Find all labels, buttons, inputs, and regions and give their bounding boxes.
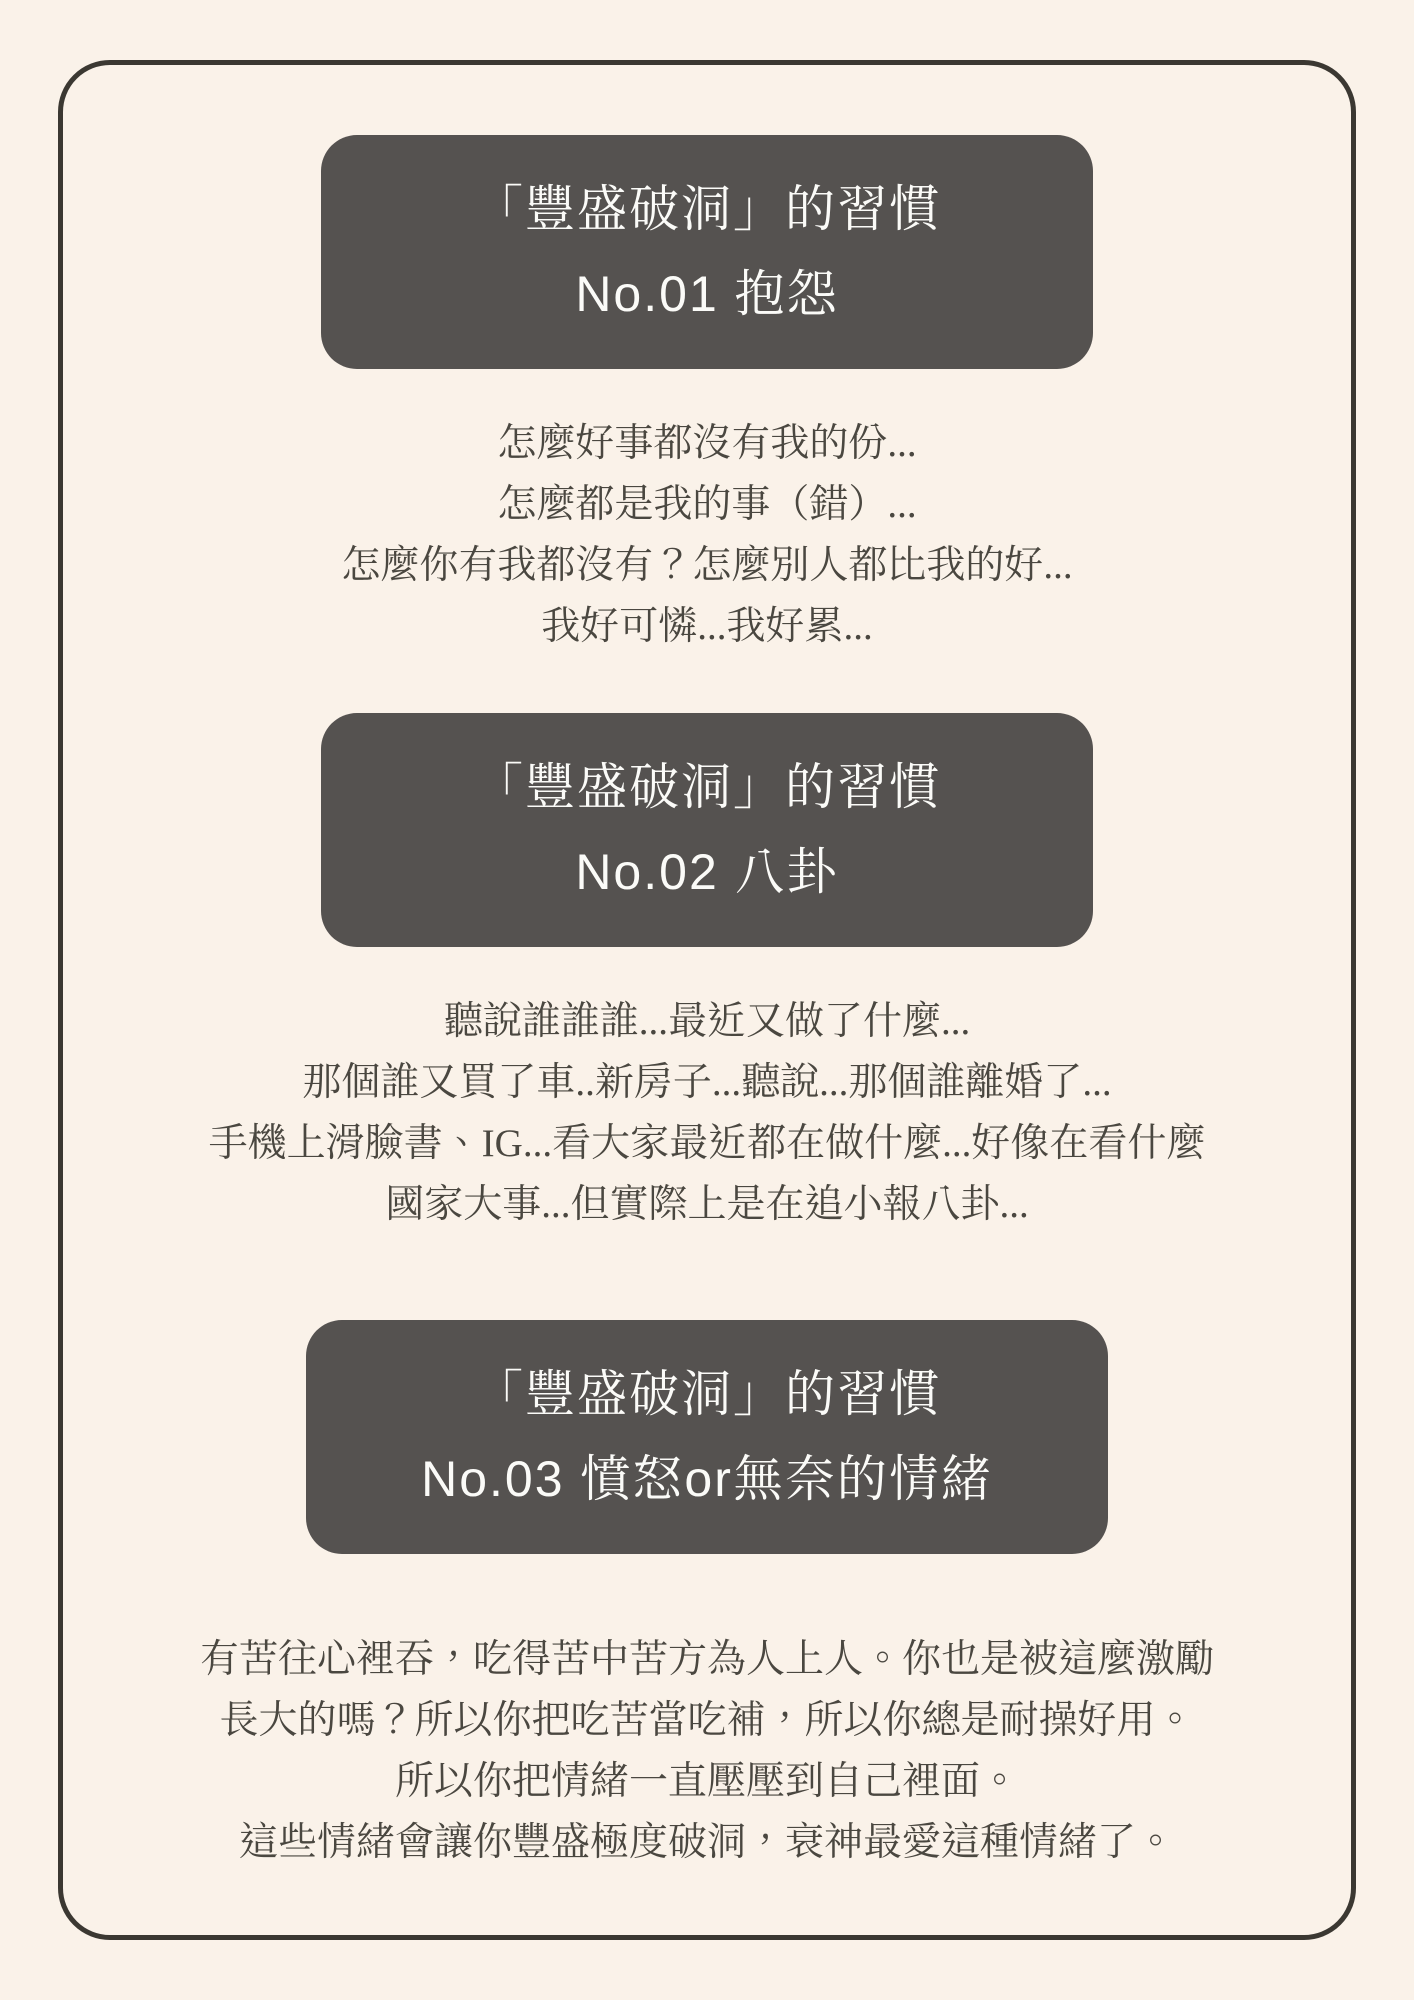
section-body: 有苦往心裡吞，吃得苦中苦方為人上人。你也是被這麼激勵 長大的嗎？所以你把吃苦當吃… <box>63 1629 1351 1873</box>
body-line: 怎麼好事都沒有我的份... <box>63 413 1351 474</box>
infographic-page: 「豐盛破洞」的習慣 No.01 抱怨 怎麼好事都沒有我的份... 怎麼都是我的事… <box>0 0 1414 2000</box>
section-title: 「豐盛破洞」的習慣 <box>326 1352 1088 1437</box>
body-line: 有苦往心裡吞，吃得苦中苦方為人上人。你也是被這麼激勵 <box>63 1629 1351 1690</box>
body-line: 那個誰又買了車..新房子...聽說...那個誰離婚了... <box>63 1052 1351 1113</box>
section-subtitle: No.02 八卦 <box>341 830 1073 915</box>
section-body: 怎麼好事都沒有我的份... 怎麼都是我的事（錯）... 怎麼你有我都沒有？怎麼別… <box>63 413 1351 657</box>
section-habit-01: 「豐盛破洞」的習慣 No.01 抱怨 怎麼好事都沒有我的份... 怎麼都是我的事… <box>63 135 1351 657</box>
body-line: 國家大事...但實際上是在追小報八卦... <box>63 1174 1351 1235</box>
body-line: 聽說誰誰誰...最近又做了什麼... <box>63 991 1351 1052</box>
title-box-habit-01: 「豐盛破洞」的習慣 No.01 抱怨 <box>321 135 1093 369</box>
body-line: 我好可憐...我好累... <box>63 596 1351 657</box>
title-box-habit-02: 「豐盛破洞」的習慣 No.02 八卦 <box>321 713 1093 947</box>
section-title: 「豐盛破洞」的習慣 <box>341 745 1073 830</box>
body-line: 手機上滑臉書、IG...看大家最近都在做什麼...好像在看什麼 <box>63 1113 1351 1174</box>
section-habit-03: 「豐盛破洞」的習慣 No.03 憤怒or無奈的情緒 有苦往心裡吞，吃得苦中苦方為… <box>63 1320 1351 1873</box>
border-frame: 「豐盛破洞」的習慣 No.01 抱怨 怎麼好事都沒有我的份... 怎麼都是我的事… <box>58 60 1356 1940</box>
body-line: 怎麼都是我的事（錯）... <box>63 474 1351 535</box>
section-subtitle: No.01 抱怨 <box>341 252 1073 337</box>
section-subtitle: No.03 憤怒or無奈的情緒 <box>326 1437 1088 1522</box>
body-line: 長大的嗎？所以你把吃苦當吃補，所以你總是耐操好用。 <box>63 1690 1351 1751</box>
frame-content: 「豐盛破洞」的習慣 No.01 抱怨 怎麼好事都沒有我的份... 怎麼都是我的事… <box>63 65 1351 1873</box>
section-body: 聽說誰誰誰...最近又做了什麼... 那個誰又買了車..新房子...聽說...那… <box>63 991 1351 1235</box>
body-line: 怎麼你有我都沒有？怎麼別人都比我的好... <box>63 535 1351 596</box>
body-line: 所以你把情緒一直壓壓到自己裡面。 <box>63 1751 1351 1812</box>
section-title: 「豐盛破洞」的習慣 <box>341 167 1073 252</box>
title-box-habit-03: 「豐盛破洞」的習慣 No.03 憤怒or無奈的情緒 <box>306 1320 1108 1554</box>
section-habit-02: 「豐盛破洞」的習慣 No.02 八卦 聽說誰誰誰...最近又做了什麼... 那個… <box>63 713 1351 1235</box>
body-line: 這些情緒會讓你豐盛極度破洞，衰神最愛這種情緒了。 <box>63 1812 1351 1873</box>
